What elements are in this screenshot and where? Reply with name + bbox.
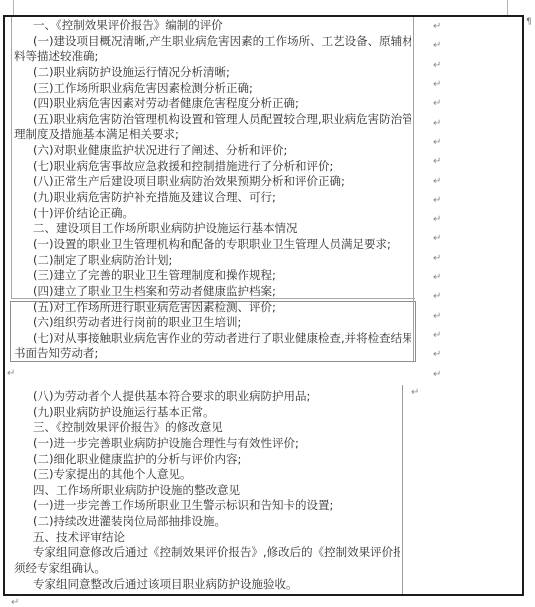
lower-column-divider xyxy=(402,385,403,594)
return-mark-icon: ↵ xyxy=(433,229,457,248)
return-mark-icon: ↵ xyxy=(433,191,457,210)
text-line: 书面告知劳动者; xyxy=(14,346,411,362)
text-line: (十)评价结论正确。 xyxy=(14,206,411,222)
text-line: 五、技术评审结论 xyxy=(14,530,400,546)
text-line: (三)建立了完善的职业卫生管理制度和操作规程; xyxy=(14,268,411,284)
text-line: (九)职业病防护设施运行基本正常。 xyxy=(14,405,400,421)
return-mark-icon: ↵ xyxy=(433,172,457,191)
return-mark-icon: ↵ xyxy=(411,388,419,398)
return-mark-icon: ↵ xyxy=(433,345,457,364)
text-line: (一)进一步完善职业病防护设施合理性与有效性评价; xyxy=(14,436,400,452)
return-mark-icon: ↵ xyxy=(433,268,457,287)
return-mark-icon: ↵ xyxy=(433,56,457,75)
text-line: 二、建设项目工作场所职业病防护设施运行基本情况 xyxy=(14,221,411,237)
return-mark-icon: ↵ xyxy=(433,114,457,133)
return-mark-icon: ↵ xyxy=(433,75,457,94)
return-mark-icon: ↵ xyxy=(433,94,457,113)
document-page: 一、《控制效果评价报告》编制的评价(一)建设项目概况清晰,产生职业病危害因素的工… xyxy=(0,0,535,607)
upper-cell-inner-left-border xyxy=(11,17,12,298)
text-boundary-guide-right xyxy=(507,0,508,15)
text-line: (三)专家提出的其他个人意见。 xyxy=(14,467,400,483)
text-line: (七)对从事接触职业病危害作业的劳动者进行了职业健康检查,并将检查结果 xyxy=(14,331,411,347)
text-line: 专家组同意修改后通过《控制效果评价报告》,修改后的《控制效果评价报告》 xyxy=(14,545,400,561)
text-line: (五)职业病危害防治管理机构设置和管理人员配置较合理,职业病危害防治管 xyxy=(14,112,411,128)
text-line: 四、工作场所职业病防护设施的整改意见 xyxy=(14,483,400,499)
paragraph-return-marks-column: ↵↵↵↵↵↵↵↵↵↵↵↵↵↵↵↵↵↵↵ xyxy=(433,17,457,384)
return-mark-icon: ↵ xyxy=(433,152,457,171)
text-line: (二)制定了职业病防治计划; xyxy=(14,253,411,269)
text-line: 料等描述较准确; xyxy=(14,49,411,65)
return-mark-icon: ↵ xyxy=(433,287,457,306)
return-mark-icon: ↵ xyxy=(433,17,457,36)
text-line: (一)进一步完善工作场所职业卫生警示标识和告知卡的设置; xyxy=(14,498,400,514)
return-mark-icon: ↵ xyxy=(433,249,457,268)
text-line: (四)建立了职业卫生档案和劳动者健康监护档案; xyxy=(14,284,411,300)
text-line: (一)设置的职业卫生管理机构和配备的专职职业卫生管理人员满足要求; xyxy=(14,237,411,253)
text-line: (八)正常生产后建设项目职业病防治效果预期分析和评价正确; xyxy=(14,174,411,190)
return-mark-icon: ↵ xyxy=(433,307,457,326)
text-line: 专家组同意整改后通过该项目职业病防护设施验收。 xyxy=(14,577,400,593)
text-line: (七)职业病危害事故应急救援和控制措施进行了分析和评价; xyxy=(14,159,411,175)
return-mark-icon: ↵ xyxy=(433,36,457,55)
text-line: (二)持续改进灌装岗位局部抽排设施。 xyxy=(14,514,400,530)
text-line: (五)对工作场所进行职业病危害因素检测、评价; xyxy=(14,300,411,316)
evaluation-text-lower: (八)为劳动者个人提供基本符合要求的职业病防护用品;(九)职业病防护设施运行基本… xyxy=(14,389,400,592)
return-mark-icon: ↵ xyxy=(433,210,457,229)
text-line: 三、《控制效果评价报告》的修改意见 xyxy=(14,420,400,436)
return-mark-icon: ↵ xyxy=(433,133,457,152)
text-boundary-guide-left xyxy=(13,0,14,15)
text-line: (三)工作场所职业病危害因素检测分析正确; xyxy=(14,81,411,97)
text-line: (九)职业病危害防护补充措施及建议合理、可行; xyxy=(14,190,411,206)
text-line: 须经专家组确认。 xyxy=(14,561,400,577)
return-mark-icon: ↵ xyxy=(433,326,457,345)
evaluation-text-upper: 一、《控制效果评价报告》编制的评价(一)建设项目概况清晰,产生职业病危害因素的工… xyxy=(14,18,411,362)
return-mark-icon: ↵ xyxy=(433,365,457,384)
text-line: 理制度及措施基本满足相关要求; xyxy=(14,127,411,143)
text-line: (二)职业病防护设施运行情况分析清晰; xyxy=(14,65,411,81)
text-line: (一)建设项目概况清晰,产生职业病危害因素的工作场所、工艺设备、原辅材 xyxy=(14,34,411,50)
return-mark-icon: ↵ xyxy=(7,369,15,379)
pilcrow-icon: ¶ xyxy=(526,17,532,27)
text-line: (八)为劳动者个人提供基本符合要求的职业病防护用品; xyxy=(14,389,400,405)
text-line: (六)对职业健康监护状况进行了阐述、分析和评价; xyxy=(14,143,411,159)
text-line: (二)细化职业健康监护的分析与评价内容; xyxy=(14,452,400,468)
text-line: 一、《控制效果评价报告》编制的评价 xyxy=(14,18,411,34)
return-mark-icon: ↵ xyxy=(11,598,19,607)
text-line: (六)组织劳动者进行岗前的职业卫生培训; xyxy=(14,315,411,331)
text-line: (四)职业病危害因素对劳动者健康危害程度分析正确; xyxy=(14,96,411,112)
upper-column-divider xyxy=(413,17,414,362)
